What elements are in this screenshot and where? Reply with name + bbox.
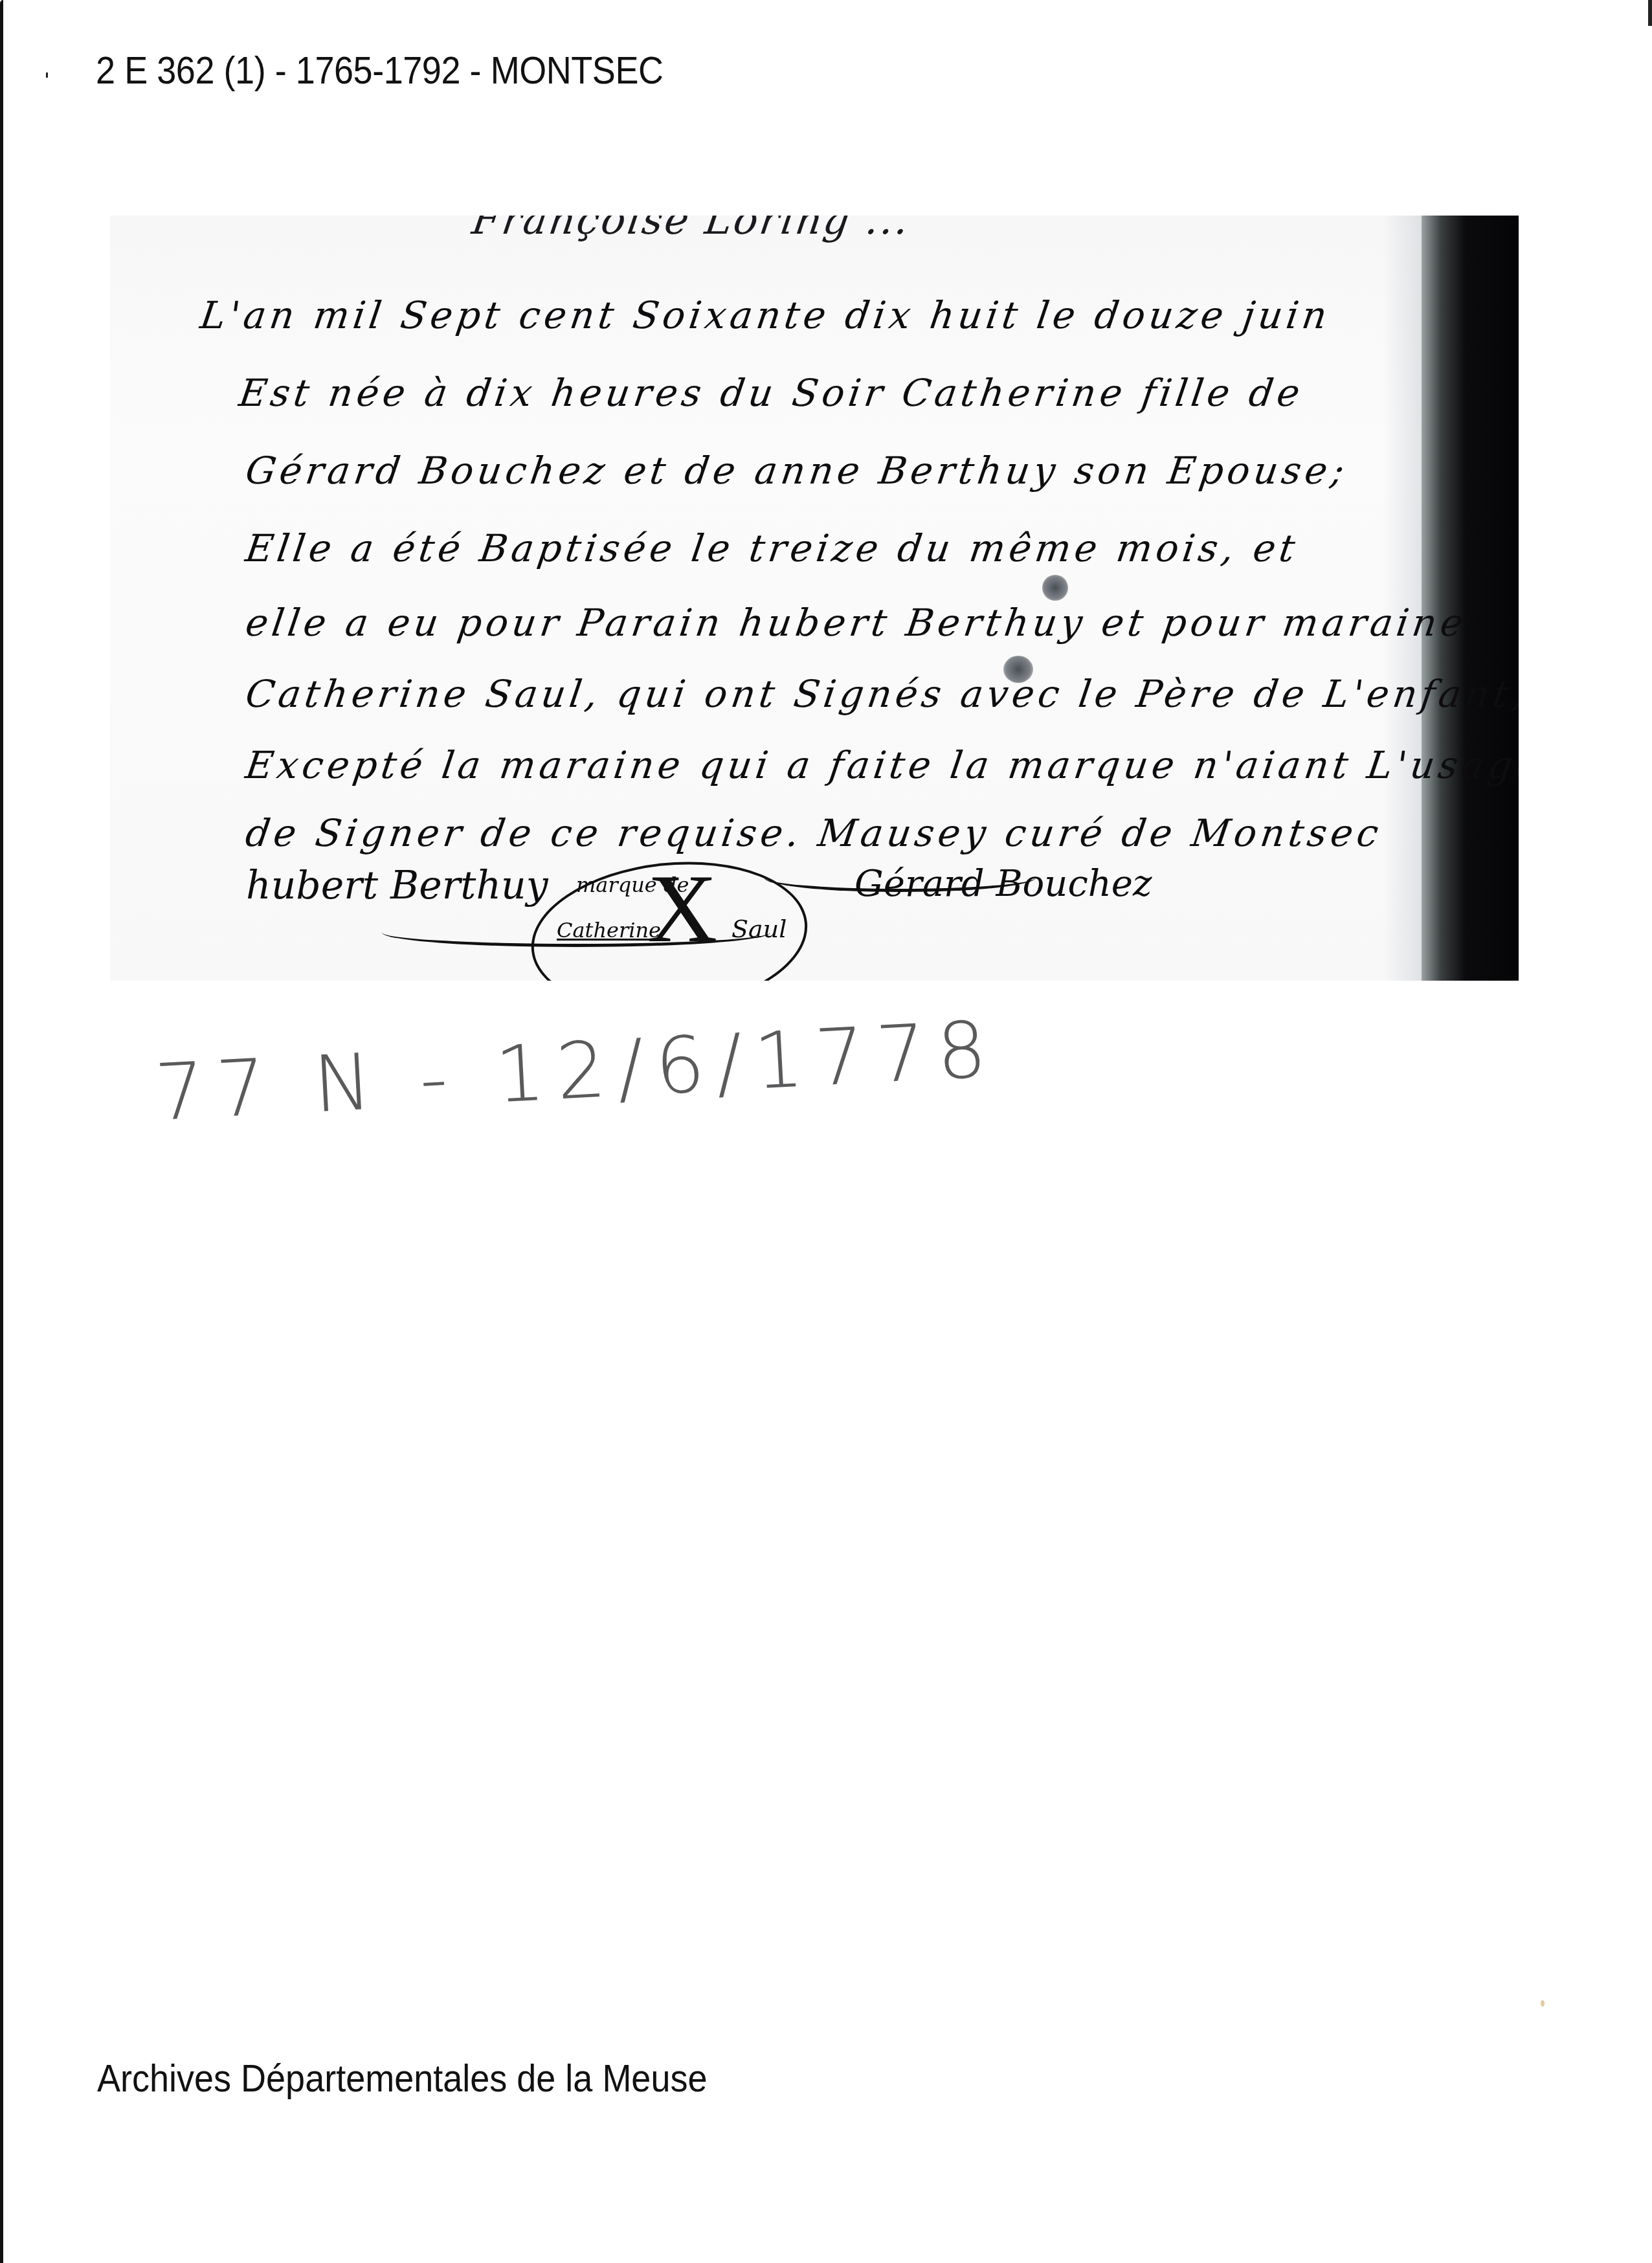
- mark-label-saul: Saul: [731, 915, 787, 943]
- handwritten-annotation: 77 N - 12/6/1778: [153, 1005, 1000, 1139]
- manuscript-line-1: L'an mil Sept cent Soixante dix huit le …: [197, 293, 1334, 337]
- manuscript-line-7: Excepté la maraine qui a faite la marque…: [243, 743, 1519, 787]
- document-header: 2 E 362 (1) - 1765-1792 - MONTSEC: [96, 48, 664, 93]
- paper-speck: [1541, 2000, 1545, 2007]
- manuscript-photo: Françoise Loring ... L'an mil Sept cent …: [110, 216, 1519, 981]
- ink-blot: [1003, 656, 1033, 683]
- manuscript-line-8: de Signer de ce requise. Mausey curé de …: [243, 811, 1385, 855]
- signature-godfather: hubert Berthuy: [246, 863, 548, 908]
- manuscript-line-6: Catherine Saul, qui ont Signés avec le P…: [243, 672, 1519, 716]
- signature-father: Gérard Bouchez: [854, 863, 1152, 905]
- document-footer: Archives Départementales de la Meuse: [97, 2056, 707, 2101]
- scan-left-edge: [0, 0, 3, 2263]
- manuscript-line-3: Gérard Bouchez et de anne Berthuy son Ep…: [243, 449, 1351, 493]
- manuscript-line-4: Elle a été Baptisée le treize du même mo…: [243, 526, 1301, 570]
- manuscript-line-2: Est née à dix heures du Soir Catherine f…: [236, 371, 1306, 415]
- godmother-mark-x: X: [647, 853, 717, 964]
- scan-speck: [46, 72, 48, 78]
- mark-label-catherine: Catherine: [557, 918, 661, 942]
- book-binding-edge: [1422, 216, 1519, 981]
- manuscript-line-5: elle a eu pour Parain hubert Berthuy et …: [243, 601, 1469, 645]
- manuscript-title: Françoise Loring ...: [469, 216, 913, 243]
- ink-blot: [1042, 575, 1068, 601]
- scan-right-edge: [1648, 0, 1652, 26]
